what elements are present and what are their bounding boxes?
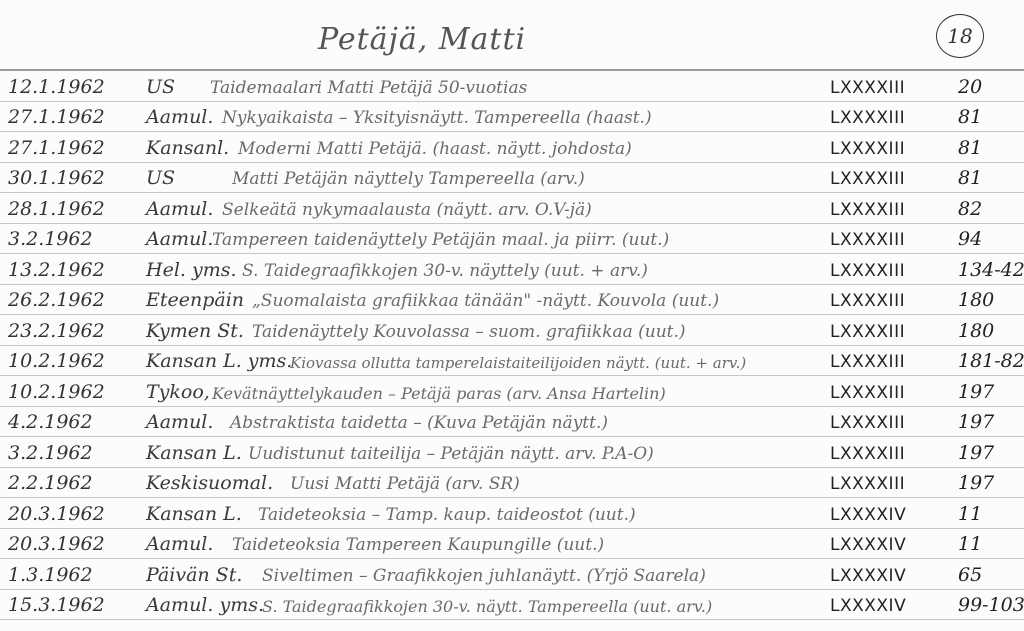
entry-source: Aamul.	[146, 533, 213, 555]
entry-date: 30.1.1962	[8, 167, 146, 189]
entry-description: Uudistunut taiteilija – Petäjän näytt. a…	[248, 444, 654, 464]
entry-page: 81	[958, 137, 982, 159]
entry-row: 20.3.1962 Aamul. Taideteoksia Tampereen …	[0, 529, 1024, 560]
entry-description: Nykyaikaista – Yksityisnäytt. Tampereell…	[222, 108, 652, 128]
entry-source: Aamul.	[146, 106, 213, 128]
entry-volume: LXXXXIV	[830, 596, 906, 616]
entry-date: 20.3.1962	[8, 533, 146, 555]
entry-volume: LXXXXIII	[830, 139, 905, 159]
entry-description: Uusi Matti Petäjä (arv. SR)	[290, 474, 520, 494]
entry-page: 180	[958, 320, 994, 342]
entry-row: 15.3.1962 Aamul. yms. S. Taidegraafikkoj…	[0, 590, 1024, 621]
entry-source: US	[146, 167, 175, 189]
entry-volume: LXXXXIII	[830, 169, 905, 189]
entry-row: 4.2.1962 Aamul. Abstraktista taidetta – …	[0, 407, 1024, 438]
entry-page: 82	[958, 198, 982, 220]
entry-source: US	[146, 76, 175, 98]
entry-page: 11	[958, 503, 982, 525]
entry-volume: LXXXXIII	[830, 108, 905, 128]
card-number: 18	[947, 24, 972, 48]
entry-row: 1.3.1962 Päivän St. Siveltimen – Graafik…	[0, 559, 1024, 590]
entry-page: 181-82	[958, 350, 1024, 372]
entry-page: 81	[958, 167, 982, 189]
entry-date: 4.2.1962	[8, 411, 146, 433]
entry-page: 180	[958, 289, 994, 311]
entry-volume: LXXXXIII	[830, 383, 905, 403]
entry-source: Tykoo,	[146, 381, 210, 403]
card-header: Petäjä, Matti 18	[0, 0, 1024, 70]
entry-date: 23.2.1962	[8, 320, 146, 342]
card-number-circle: 18	[936, 14, 984, 58]
entry-page: 94	[958, 228, 982, 250]
entry-volume: LXXXXIV	[830, 505, 906, 525]
entry-row: 12.1.1962 US Taidemaalari Matti Petäjä 5…	[0, 71, 1024, 102]
entry-description: Taidemaalari Matti Petäjä 50-vuotias	[210, 78, 527, 98]
entry-description: Matti Petäjän näyttely Tampereella (arv.…	[232, 169, 585, 189]
entry-source: Kansan L.	[146, 503, 242, 525]
entry-volume: LXXXXIII	[830, 413, 905, 433]
entry-description: „Suomalaista grafiikkaa tänään" -näytt. …	[252, 291, 719, 311]
entry-date: 26.2.1962	[8, 289, 146, 311]
entry-volume: LXXXXIII	[830, 352, 905, 372]
entry-description: Moderni Matti Petäjä. (haast. näytt. joh…	[238, 139, 632, 159]
entry-date: 10.2.1962	[8, 350, 146, 372]
entry-row: 30.1.1962 US Matti Petäjän näyttely Tamp…	[0, 163, 1024, 194]
card-title: Petäjä, Matti	[318, 22, 526, 57]
entry-row: 27.1.1962 Kansanl. Moderni Matti Petäjä.…	[0, 132, 1024, 163]
entry-page: 81	[958, 106, 982, 128]
entry-source: Kansanl.	[146, 137, 229, 159]
entry-source: Hel. yms.	[146, 259, 237, 281]
entry-date: 13.2.1962	[8, 259, 146, 281]
entry-row: 10.2.1962 Tykoo, Kevätnäyttelykauden – P…	[0, 376, 1024, 407]
entry-volume: LXXXXIII	[830, 200, 905, 220]
entry-list: 12.1.1962 US Taidemaalari Matti Petäjä 5…	[0, 71, 1024, 620]
entry-source: Aamul.	[146, 228, 213, 250]
index-card: Petäjä, Matti 18 12.1.1962 US Taidemaala…	[0, 0, 1024, 631]
entry-source: Kymen St.	[146, 320, 244, 342]
entry-page: 197	[958, 472, 994, 494]
entry-description: Taideteoksia – Tamp. kaup. taideostot (u…	[258, 505, 636, 525]
entry-row: 13.2.1962 Hel. yms. S. Taidegraafikkojen…	[0, 254, 1024, 285]
entry-description: Taidenäyttely Kouvolassa – suom. grafiik…	[252, 322, 686, 342]
entry-page: 99-103	[958, 594, 1024, 616]
entry-description: S. Taidegraafikkojen 30-v. näytt. Tamper…	[262, 597, 712, 616]
entry-page: 134-42	[958, 259, 1024, 281]
entry-row: 23.2.1962 Kymen St. Taidenäyttely Kouvol…	[0, 315, 1024, 346]
entry-page: 197	[958, 411, 994, 433]
entry-date: 28.1.1962	[8, 198, 146, 220]
entry-source: Aamul.	[146, 411, 213, 433]
entry-description: Taideteoksia Tampereen Kaupungille (uut.…	[232, 535, 604, 555]
entry-description: Selkeätä nykymaalausta (näytt. arv. O.V-…	[222, 200, 592, 220]
entry-source: Keskisuomal.	[146, 472, 273, 494]
entry-row: 3.2.1962 Kansan L. Uudistunut taiteilija…	[0, 437, 1024, 468]
entry-description: Kevätnäyttelykauden – Petäjä paras (arv.…	[212, 384, 666, 403]
entry-volume: LXXXXIV	[830, 566, 906, 586]
entry-row: 26.2.1962 Eteenpäin „Suomalaista grafiik…	[0, 285, 1024, 316]
entry-description: Siveltimen – Graafikkojen juhlanäytt. (Y…	[262, 566, 706, 586]
entry-row: 20.3.1962 Kansan L. Taideteoksia – Tamp.…	[0, 498, 1024, 529]
entry-row: 27.1.1962 Aamul. Nykyaikaista – Yksityis…	[0, 102, 1024, 133]
entry-date: 27.1.1962	[8, 106, 146, 128]
entry-source: Aamul. yms.	[146, 594, 264, 616]
entry-row: 3.2.1962 Aamul. Tampereen taidenäyttely …	[0, 224, 1024, 255]
entry-page: 65	[958, 564, 982, 586]
entry-date: 20.3.1962	[8, 503, 146, 525]
entry-source: Aamul.	[146, 198, 213, 220]
entry-date: 3.2.1962	[8, 442, 146, 464]
entry-date: 15.3.1962	[8, 594, 146, 616]
entry-date: 27.1.1962	[8, 137, 146, 159]
entry-page: 11	[958, 533, 982, 555]
entry-description: Tampereen taidenäyttely Petäjän maal. ja…	[212, 230, 669, 250]
entry-date: 12.1.1962	[8, 76, 146, 98]
entry-volume: LXXXXIII	[830, 261, 905, 281]
entry-source: Kansan L.	[146, 442, 242, 464]
entry-source: Eteenpäin	[146, 289, 244, 311]
entry-date: 10.2.1962	[8, 381, 146, 403]
entry-volume: LXXXXIII	[830, 291, 905, 311]
entry-volume: LXXXXIII	[830, 322, 905, 342]
entry-row: 10.2.1962 Kansan L. yms. Kiovassa ollutt…	[0, 346, 1024, 377]
entry-description: S. Taidegraafikkojen 30-v. näyttely (uut…	[242, 261, 648, 281]
entry-page: 197	[958, 381, 994, 403]
entry-row: 28.1.1962 Aamul. Selkeätä nykymaalausta …	[0, 193, 1024, 224]
entry-volume: LXXXXIII	[830, 230, 905, 250]
entry-row: 2.2.1962 Keskisuomal. Uusi Matti Petäjä …	[0, 468, 1024, 499]
entry-date: 2.2.1962	[8, 472, 146, 494]
entry-volume: LXXXXIII	[830, 78, 905, 98]
entry-volume: LXXXXIII	[830, 444, 905, 464]
entry-volume: LXXXXIII	[830, 474, 905, 494]
entry-description: Abstraktista taidetta – (Kuva Petäjän nä…	[230, 413, 608, 433]
entry-page: 197	[958, 442, 994, 464]
entry-source: Kansan L. yms.	[146, 350, 292, 372]
entry-source: Päivän St.	[146, 564, 242, 586]
entry-date: 1.3.1962	[8, 564, 146, 586]
entry-date: 3.2.1962	[8, 228, 146, 250]
entry-description: Kiovassa ollutta tamperelaistaiteilijoid…	[290, 354, 746, 372]
entry-volume: LXXXXIV	[830, 535, 906, 555]
entry-page: 20	[958, 76, 982, 98]
